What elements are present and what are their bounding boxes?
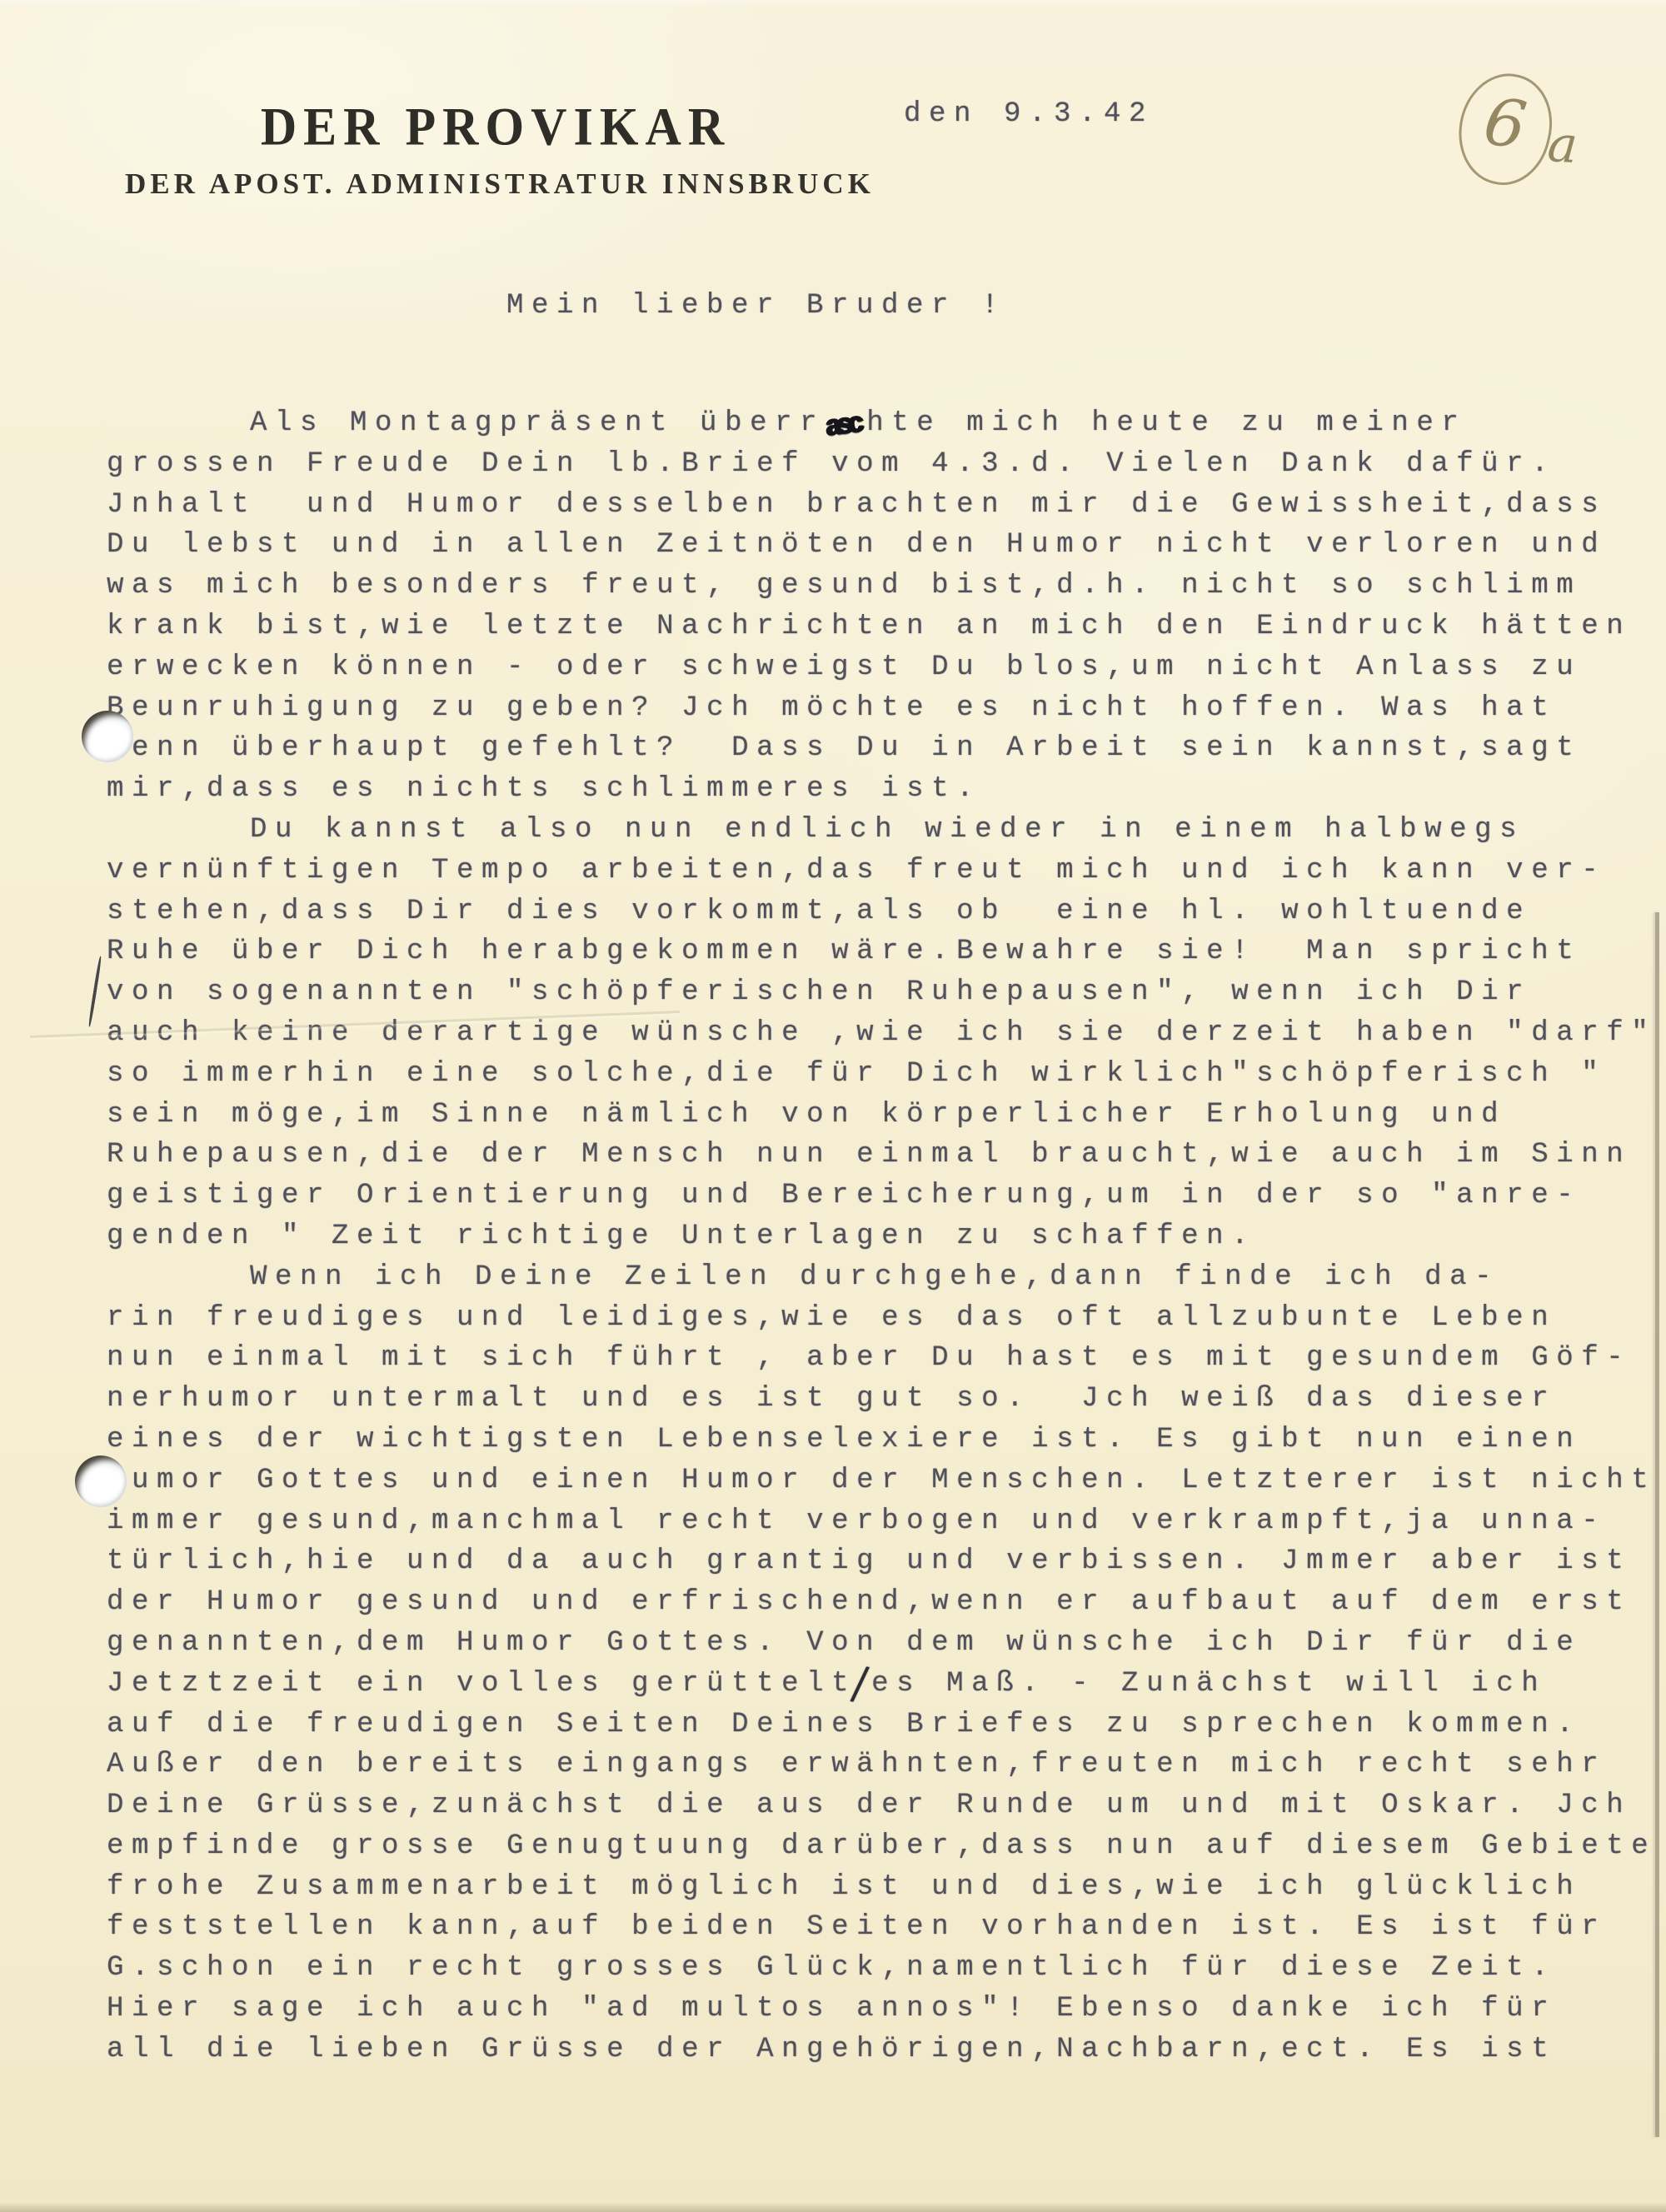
line-text: stehen,dass Dir dies vorkommt,als ob ein…: [107, 896, 1531, 927]
letter-line: erwecken können - oder schweigst Du blos…: [107, 647, 1666, 688]
line-text: all die lieben Grüsse der Angehörigen,Na…: [107, 2034, 1556, 2065]
line-text: nun einmal mit sich führt , aber Du hast…: [107, 1342, 1631, 1374]
letter-line: Humor Gottes und einen Humor der Mensche…: [107, 1461, 1666, 1501]
letter-line: Beunruhigung zu geben? Jch möchte es nic…: [107, 688, 1666, 729]
line-text: auch keine derartige wünsche ,wie ich si…: [107, 1017, 1656, 1049]
punch-hole: [75, 1456, 127, 1507]
letter-line: sein möge,im Sinne nämlich von körperlic…: [107, 1095, 1666, 1136]
letter-line: feststellen kann,auf beiden Seiten vorha…: [107, 1907, 1666, 1948]
line-text: so immerhin eine solche,die für Dich wir…: [107, 1058, 1606, 1090]
letter-line: frohe Zusammenarbeit möglich ist und die…: [107, 1867, 1666, 1908]
scan-right-edge: [1655, 912, 1659, 2137]
letter-body: Als Montagpräsent überraschte mich heute…: [107, 403, 1666, 2070]
line-text: grossen Freude Dein lb.Brief vom 4.3.d. …: [107, 448, 1556, 480]
line-text: türlich,hie und da auch grantig und verb…: [107, 1545, 1631, 1577]
letter-line: auch keine derartige wünsche ,wie ich si…: [107, 1013, 1666, 1054]
line-text: genannten,dem Humor Gottes. Von dem wüns…: [107, 1627, 1581, 1659]
line-text: Als Montagpräsent überr: [250, 407, 825, 439]
line-text: eines der wichtigsten Lebenselexiere ist…: [107, 1424, 1581, 1456]
letter-line: Als Montagpräsent überraschte mich heute…: [107, 403, 1666, 444]
letter-line: geistiger Orientierung und Bereicherung,…: [107, 1176, 1666, 1216]
letter-line: immer gesund,manchmal recht verbogen und…: [107, 1501, 1666, 1542]
line-text: frohe Zusammenarbeit möglich ist und die…: [107, 1871, 1581, 1903]
letter-line: denn überhaupt gefehlt? Dass Du in Arbei…: [107, 728, 1666, 769]
line-text: krank bist,wie letzte Nachrichten an mic…: [107, 611, 1631, 642]
line-text: G.schon ein recht grosses Glück,namentli…: [107, 1952, 1556, 1984]
letter-line: rin freudiges und leidiges,wie es das of…: [107, 1298, 1666, 1339]
salutation: Mein lieber Bruder !: [506, 290, 1006, 322]
letter-line: von sogenannten "schöpferischen Ruhepaus…: [107, 972, 1666, 1013]
line-text: nerhumor untermalt und es ist gut so. Jc…: [107, 1383, 1556, 1415]
line-text: mir,dass es nichts schlimmeres ist.: [107, 773, 981, 805]
line-text: Beunruhigung zu geben? Jch möchte es nic…: [107, 692, 1556, 724]
line-text: Du kannst also nun endlich wieder in ein…: [250, 814, 1524, 846]
line-text: genden " Zeit richtige Unterlagen zu sch…: [107, 1221, 1256, 1252]
line-text: Jnhalt und Humor desselben brachten mir …: [107, 489, 1606, 521]
letter-page: DER PROVIKAR DER APOST. ADMINISTRATUR IN…: [0, 0, 1666, 2212]
ink-blot: asc: [823, 403, 870, 449]
letter-line: nun einmal mit sich führt , aber Du hast…: [107, 1338, 1666, 1379]
letter-line: mir,dass es nichts schlimmeres ist.: [107, 769, 1666, 810]
letter-line: auf die freudigen Seiten Deines Briefes …: [107, 1705, 1666, 1745]
line-text: auf die freudigen Seiten Deines Briefes …: [107, 1709, 1581, 1740]
letter-line: stehen,dass Dir dies vorkommt,als ob ein…: [107, 891, 1666, 932]
letter-line: genannten,dem Humor Gottes. Von dem wüns…: [107, 1623, 1666, 1664]
line-text: Wenn ich Deine Zeilen durchgehe,dann fin…: [250, 1261, 1499, 1293]
letter-line: nerhumor untermalt und es ist gut so. Jc…: [107, 1379, 1666, 1420]
letter-line: grossen Freude Dein lb.Brief vom 4.3.d. …: [107, 444, 1666, 485]
letter-line: empfinde grosse Genugtuung darüber,dass …: [107, 1826, 1666, 1867]
letter-line: Deine Grüsse,zunächst die aus der Runde …: [107, 1785, 1666, 1826]
letter-line: Jnhalt und Humor desselben brachten mir …: [107, 485, 1666, 526]
letter-line: Hier sage ich auch "ad multos annos"! Eb…: [107, 1989, 1666, 2030]
line-text: immer gesund,manchmal recht verbogen und…: [107, 1505, 1606, 1537]
letter-line: Ruhepausen,die der Mensch nun einmal bra…: [107, 1135, 1666, 1176]
line-text: empfinde grosse Genugtuung darüber,dass …: [107, 1830, 1656, 1862]
scan-top-edge: [0, 0, 1666, 7]
letterhead: DER PROVIKAR DER APOST. ADMINISTRATUR IN…: [125, 98, 866, 201]
letter-line: Jetztzeit ein volles gerüttelt/es Maß. -…: [107, 1664, 1666, 1705]
letter-line: so immerhin eine solche,die für Dich wir…: [107, 1054, 1666, 1095]
line-text: feststellen kann,auf beiden Seiten vorha…: [107, 1911, 1606, 1943]
letterhead-title: DER PROVIKAR: [125, 96, 866, 158]
line-text: Du lebst und in allen Zeitnöten den Humo…: [107, 529, 1606, 561]
letter-line: vernünftigen Tempo arbeiten,das freut mi…: [107, 851, 1666, 891]
line-text: von sogenannten "schöpferischen Ruhepaus…: [107, 976, 1531, 1008]
line-text: vernünftigen Tempo arbeiten,das freut mi…: [107, 855, 1606, 886]
line-text: es Maß. - Zunächst will ich: [871, 1668, 1546, 1700]
line-text: sein möge,im Sinne nämlich von körperlic…: [107, 1099, 1506, 1131]
letter-line: Außer den bereits eingangs erwähnten,fre…: [107, 1745, 1666, 1785]
corner-letter: a: [1546, 119, 1579, 171]
letter-line: krank bist,wie letzte Nachrichten an mic…: [107, 607, 1666, 647]
letter-line: der Humor gesund und erfrischend,wenn er…: [107, 1582, 1666, 1623]
line-text: Jetztzeit ein volles gerüttelt: [107, 1668, 856, 1700]
line-text: rin freudiges und leidiges,wie es das of…: [107, 1302, 1556, 1334]
letter-line: genden " Zeit richtige Unterlagen zu sch…: [107, 1216, 1666, 1257]
letter-line: G.schon ein recht grosses Glück,namentli…: [107, 1948, 1666, 1989]
letter-line: was mich besonders freut, gesund bist,d.…: [107, 566, 1666, 607]
line-text: Außer den bereits eingangs erwähnten,fre…: [107, 1749, 1606, 1780]
letter-line: Du lebst und in allen Zeitnöten den Humo…: [107, 525, 1666, 566]
line-text: erwecken können - oder schweigst Du blos…: [107, 652, 1581, 683]
line-text: Hier sage ich auch "ad multos annos"! Eb…: [107, 1993, 1556, 2025]
line-text: Humor Gottes und einen Humor der Mensche…: [107, 1465, 1656, 1496]
line-text: was mich besonders freut, gesund bist,d.…: [107, 570, 1581, 602]
letter-line: Ruhe über Dich herabgekommen wäre.Bewahr…: [107, 931, 1666, 972]
line-text: Ruhepausen,die der Mensch nun einmal bra…: [107, 1139, 1631, 1171]
letter-line: all die lieben Grüsse der Angehörigen,Na…: [107, 2030, 1666, 2070]
letter-line: Du kannst also nun endlich wieder in ein…: [107, 810, 1666, 851]
scan-bottom-edge: [0, 2202, 1666, 2212]
line-text: hte mich heute zu meiner: [866, 407, 1466, 439]
punch-hole: [82, 711, 133, 762]
line-text: geistiger Orientierung und Bereicherung,…: [107, 1180, 1581, 1211]
corner-pencil-mark: 6 a: [1459, 73, 1634, 198]
line-text: Deine Grüsse,zunächst die aus der Runde …: [107, 1790, 1631, 1821]
date-line: den 9.3.42: [904, 98, 1154, 130]
letterhead-subtitle: DER APOST. ADMINISTRATUR INNSBRUCK: [125, 167, 866, 201]
pen-checkmark: [87, 956, 102, 1027]
line-text: Ruhe über Dich herabgekommen wäre.Bewahr…: [107, 936, 1581, 967]
letter-line: türlich,hie und da auch grantig und verb…: [107, 1541, 1666, 1582]
line-text: denn überhaupt gefehlt? Dass Du in Arbei…: [107, 732, 1581, 764]
line-text: der Humor gesund und erfrischend,wenn er…: [107, 1586, 1631, 1618]
letter-line: Wenn ich Deine Zeilen durchgehe,dann fin…: [107, 1257, 1666, 1298]
letter-line: eines der wichtigsten Lebenselexiere ist…: [107, 1420, 1666, 1461]
